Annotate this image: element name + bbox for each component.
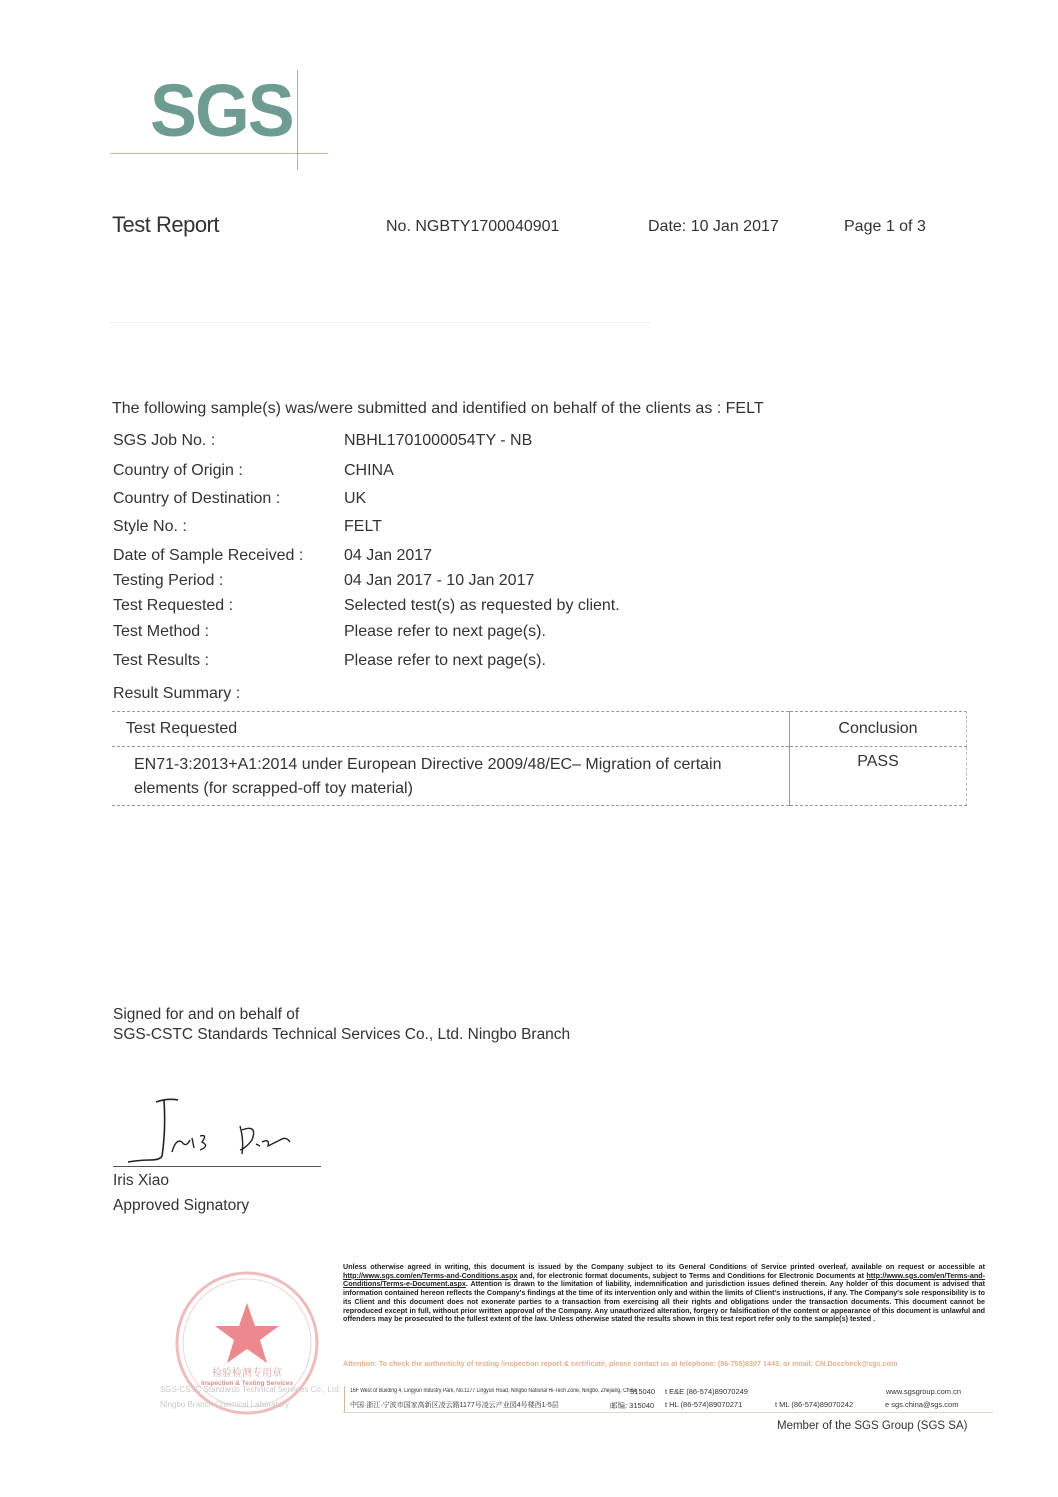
logo-divider-vertical — [297, 70, 298, 170]
footer-tel-cn: t HL (86-574)89070271 — [665, 1400, 742, 1409]
seal-caption-lab: Ningbo Branch Chemical Laboratory — [160, 1400, 289, 1409]
footer-postcode-en: 315040 — [630, 1387, 655, 1396]
conclusion-cell: PASS — [790, 747, 967, 806]
signature-line — [113, 1166, 321, 1167]
field-value-style-no: FELT — [344, 518, 382, 536]
footer-address-cn: 中国·浙江·宁波市国家高新区凌云路1177号凌云产业园4号楼西1-5层 — [350, 1400, 559, 1410]
official-seal: 检验检测专用章 Inspection & Testing Services — [172, 1268, 322, 1418]
field-label-style-no: Style No. : — [113, 518, 187, 536]
member-of-sgs-group: Member of the SGS Group (SGS SA) — [777, 1420, 967, 1432]
disclaimer-part-1: Unless otherwise agreed in writing, this… — [343, 1262, 985, 1271]
signer-name: Iris Xiao — [113, 1172, 169, 1190]
signing-company: SGS-CSTC Standards Technical Services Co… — [113, 1026, 570, 1044]
column-header-test: Test Requested — [112, 712, 790, 747]
field-value-job-no: NBHL1701000054TY - NB — [344, 432, 532, 450]
report-number: No. NGBTY1700040901 — [386, 218, 559, 236]
footer-email[interactable]: e sgs.china@sgs.com — [885, 1400, 958, 1409]
seal-inner-text: 检验检测专用章 — [202, 1364, 292, 1379]
field-value-testing-period: 04 Jan 2017 - 10 Jan 2017 — [344, 572, 534, 590]
field-value-test-results: Please refer to next page(s). — [344, 652, 546, 670]
column-header-conclusion: Conclusion — [790, 712, 967, 747]
footer-divider — [343, 1412, 993, 1413]
handwritten-signature — [120, 1090, 320, 1170]
logo-divider — [110, 153, 328, 154]
field-label-job-no: SGS Job No. : — [113, 432, 215, 450]
signer-title: Approved Signatory — [113, 1197, 249, 1215]
footer-divider-vertical — [344, 1386, 345, 1412]
footer-disclaimer: Unless otherwise agreed in writing, this… — [343, 1263, 985, 1324]
field-label-country-origin: Country of Origin : — [113, 462, 243, 480]
seal-caption-company: SGS-CSTC Standards Technical Services Co… — [160, 1385, 341, 1394]
table-header-row: Test Requested Conclusion — [112, 712, 967, 747]
field-label-date-received: Date of Sample Received : — [113, 547, 303, 565]
report-title: Test Report — [112, 212, 219, 238]
report-date: Date: 10 Jan 2017 — [648, 218, 779, 236]
result-summary-table: Test Requested Conclusion EN71-3:2013+A1… — [112, 711, 967, 806]
footer-address-en: 16F West of Building 4, Lingyun Industry… — [350, 1388, 636, 1394]
field-value-date-received: 04 Jan 2017 — [344, 547, 432, 565]
terms-link[interactable]: http://www.sgs.com/en/Terms-and-Conditio… — [343, 1271, 518, 1280]
result-summary-label: Result Summary : — [113, 685, 240, 703]
field-label-testing-period: Testing Period : — [113, 572, 223, 590]
footer-postcode-cn: 邮编: 315040 — [610, 1400, 654, 1411]
table-row: EN71-3:2013+A1:2014 under European Direc… — [112, 747, 967, 806]
footer-fax: t ML (86-574)89070242 — [775, 1400, 853, 1409]
seal-star-icon — [172, 1268, 322, 1418]
disclaimer-part-2: and, for electronic format documents, su… — [518, 1271, 867, 1280]
sample-intro: The following sample(s) was/were submitt… — [112, 400, 764, 418]
field-value-country-origin: CHINA — [344, 462, 394, 480]
page-indicator: Page 1 of 3 — [844, 218, 926, 236]
sgs-logo: SGS — [150, 74, 293, 148]
field-value-test-requested: Selected test(s) as requested by client. — [344, 597, 620, 615]
field-label-test-results: Test Results : — [113, 652, 209, 670]
footer-website[interactable]: www.sgsgroup.com.cn — [886, 1387, 961, 1396]
field-value-test-method: Please refer to next page(s). — [344, 623, 546, 641]
test-requested-cell: EN71-3:2013+A1:2014 under European Direc… — [112, 747, 790, 806]
field-value-country-destination: UK — [344, 490, 366, 508]
field-label-test-requested: Test Requested : — [113, 597, 233, 615]
footer-attention: Attention: To check the authenticity of … — [343, 1360, 985, 1369]
faint-divider — [110, 322, 650, 323]
footer-tel-en: t E&E (86-574)89070249 — [665, 1387, 748, 1396]
field-label-country-destination: Country of Destination : — [113, 490, 280, 508]
field-label-test-method: Test Method : — [113, 623, 209, 641]
signed-for-label: Signed for and on behalf of — [113, 1006, 299, 1024]
